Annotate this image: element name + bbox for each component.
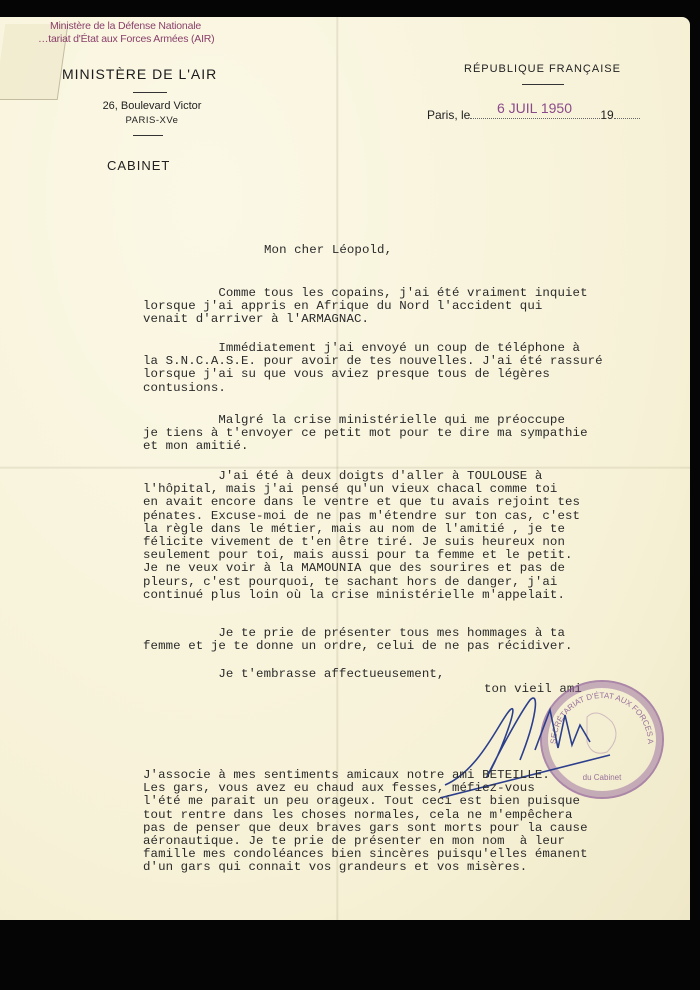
paragraph-2: Immédiatement j'ai envoyé un coup de tél… (143, 342, 603, 395)
divider (133, 92, 167, 93)
stamp-line-2: …tariat d'État aux Forces Armées (AIR) (38, 33, 214, 46)
salutation: Mon cher Léopold, (264, 244, 392, 257)
paragraph-3: Malgré la crise ministérielle qui me pré… (143, 414, 588, 454)
paragraph-5: Je te prie de présenter tous mes hommage… (143, 627, 573, 653)
year-prefix: 19 (600, 108, 613, 122)
closing: Je t'embrasse affectueusement, (143, 668, 444, 681)
stamp-line-1: Ministère de la Défense Nationale (50, 20, 214, 33)
divider (522, 84, 564, 85)
republic-heading: RÉPUBLIQUE FRANÇAISE (464, 63, 621, 75)
address-city: PARIS-XVe (62, 115, 242, 126)
postscript: J'associe à mes sentiments amicaux notre… (143, 769, 588, 875)
place-prefix: Paris, le (427, 108, 470, 122)
divider (133, 135, 163, 136)
date-stamp: 6 JUIL 1950 (497, 100, 572, 116)
ministry-name: MINISTÈRE DE L'AIR (62, 66, 217, 82)
paragraph-4: J'ai été à deux doigts d'aller à TOULOUS… (143, 470, 580, 602)
paragraph-1: Comme tous les copains, j'ai été vraimen… (143, 287, 588, 327)
department-label: CABINET (107, 158, 170, 173)
ministry-rubber-stamp: Ministère de la Défense Nationale …taria… (50, 20, 214, 46)
address-street: 26, Boulevard Victor (62, 100, 242, 112)
